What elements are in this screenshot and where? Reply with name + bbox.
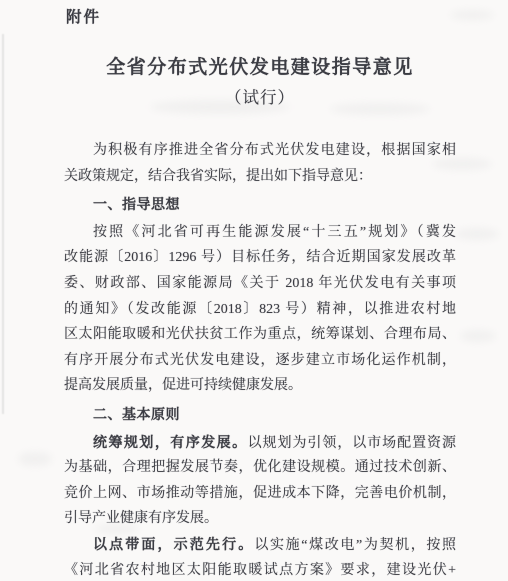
text-segment: 一、指导思想 xyxy=(93,196,180,212)
text-line: 委、财政部、国家能源局《关于 2018 年光伏发电有关事项 xyxy=(64,271,456,297)
scan-smudge xyxy=(450,10,494,20)
text-line: 的通知》（发改能源〔2018〕823 号）精神，以推进农村地 xyxy=(64,297,456,323)
text-line: 区太阳能取暖和光伏扶贫工作为重点，统筹谋划、合理布局、 xyxy=(64,322,456,348)
text-segment: 为积极有序推进全省分布式光伏发电建设，根据国家相 xyxy=(93,143,456,158)
text-segment: 改能源〔2016〕1296 号）目标任务，结合近期国家发展改革 xyxy=(64,250,456,265)
text-segment: 区太阳能取暖和光伏扶贫工作为重点，统筹谋划、合理布局、 xyxy=(64,327,456,342)
text-segment: 二、基本原则 xyxy=(93,406,180,422)
section-heading: 一、指导思想 xyxy=(64,192,456,218)
text-line: 引导产业健康有序发展。 xyxy=(64,506,456,532)
text-line: 有序开展分布式光伏发电建设，逐步建立市场化运作机制， xyxy=(64,348,456,374)
attachment-label: 附件 xyxy=(66,5,101,27)
document-subtitle: （试行） xyxy=(64,84,456,108)
scan-edge-line xyxy=(2,34,4,414)
text-segment: 以点带面，示范先行。 xyxy=(93,536,254,552)
section-heading: 二、基本原则 xyxy=(64,402,456,428)
scan-smudge xyxy=(460,330,496,342)
text-segment: 以规划为引领，以市场配置资源 xyxy=(248,436,456,451)
text-segment: 按照《河北省可再生能源发展“十三五”规划》（冀发 xyxy=(93,225,456,240)
text-segment: 引导产业健康有序发展。 xyxy=(64,511,218,526)
text-segment: 《河北省农村地区太阳能取暖试点方案》要求，建设光伏+ xyxy=(64,563,456,578)
text-segment: 有序开展分布式光伏发电建设，逐步建立市场化运作机制， xyxy=(64,353,456,368)
text-line: 按照《河北省可再生能源发展“十三五”规划》（冀发 xyxy=(64,220,456,246)
text-segment: 竞价上网、市场推动等措施，促进成本下降，完善电价机制， xyxy=(64,486,456,501)
text-segment: 统筹规划，有序发展。 xyxy=(93,434,248,450)
text-line: 统筹规划，有序发展。以规划为引领，以市场配置资源 xyxy=(64,430,456,456)
scan-smudge xyxy=(18,452,52,466)
document-title: 全省分布式光伏发电建设指导意见 xyxy=(64,52,456,79)
text-segment: 委、财政部、国家能源局《关于 2018 年光伏发电有关事项 xyxy=(64,276,456,291)
scan-smudge xyxy=(455,228,499,240)
document-page: 附件 全省分布式光伏发电建设指导意见 （试行） 为积极有序推进全省分布式光伏发电… xyxy=(0,0,508,581)
text-line: 竞价上网、市场推动等措施，促进成本下降，完善电价机制， xyxy=(64,481,456,507)
text-line: 关政策规定，结合我省实际，提出如下指导意见： xyxy=(64,164,456,190)
text-segment: 的通知》（发改能源〔2018〕823 号）精神，以推进农村地 xyxy=(64,302,456,317)
text-segment: 以实施“煤改电”为契机，按照 xyxy=(254,538,456,553)
text-line: 《河北省农村地区太阳能取暖试点方案》要求，建设光伏+ xyxy=(64,558,456,581)
text-line: 以点带面，示范先行。以实施“煤改电”为契机，按照 xyxy=(64,532,456,558)
text-line: 改能源〔2016〕1296 号）目标任务，结合近期国家发展改革 xyxy=(64,245,456,271)
text-line: 为基础，合理把握发展节奏，优化建设规模。通过技术创新、 xyxy=(64,455,456,481)
text-line: 提高发展质量，促进可持续健康发展。 xyxy=(64,373,456,399)
text-segment: 为基础，合理把握发展节奏，优化建设规模。通过技术创新、 xyxy=(64,460,456,475)
document-body: 为积极有序推进全省分布式光伏发电建设，根据国家相关政策规定，结合我省实际，提出如… xyxy=(64,138,456,581)
text-segment: 关政策规定，结合我省实际，提出如下指导意见： xyxy=(64,169,372,184)
text-line: 为积极有序推进全省分布式光伏发电建设，根据国家相 xyxy=(64,138,456,164)
text-segment: 提高发展质量，促进可持续健康发展。 xyxy=(64,378,302,393)
